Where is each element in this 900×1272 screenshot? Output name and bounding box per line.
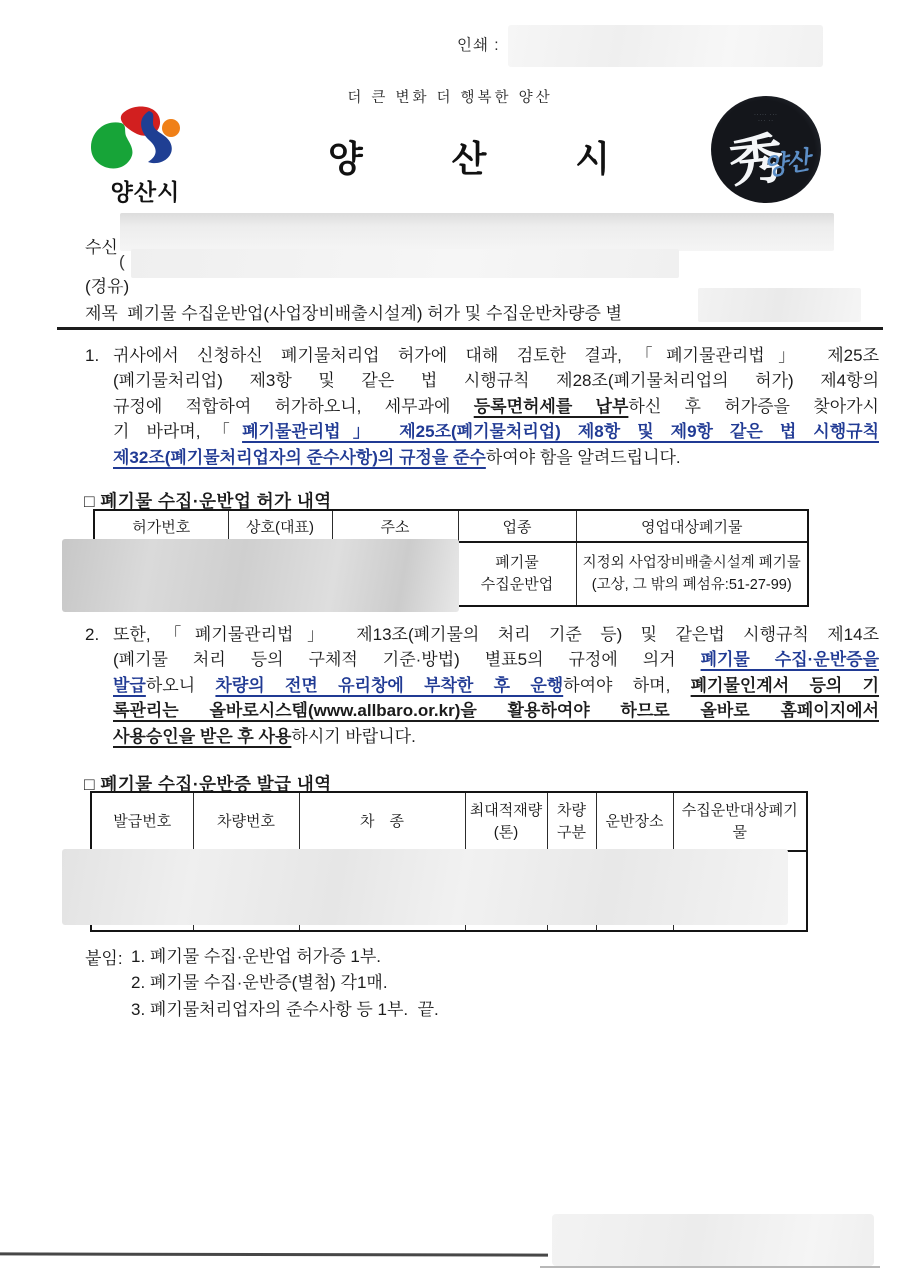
print-label: 인쇄 : [457, 33, 500, 55]
emphasis-run: 폐기물관리법」 제25조(폐기물처리업) 제8항 및 제9항 같은 법 시행규칙 [242, 422, 879, 441]
text-run: 또한,「폐기물관리법」 제13조(폐기물의 처리 기준 등) 및 같은법 시행규… [113, 625, 879, 644]
col-target-waste: 영업대상폐기물 [576, 510, 808, 542]
col-biz-type: 업종 [458, 510, 576, 542]
scan-artifact-line [540, 1266, 880, 1268]
col-collect-target: 수집운반대상폐기 물 [673, 792, 807, 851]
text-run: 하여야 하며, [563, 676, 690, 695]
attachment-list: 1. 폐기물 수집·운반업 허가증 1부. 2. 폐기물 수집·운반증(별첨) … [131, 944, 439, 1023]
col-vehicle-no: 차량번호 [193, 792, 299, 851]
text-run: 하오니 [146, 676, 216, 695]
header-divider [57, 327, 883, 330]
attachment-item: 3. 폐기물처리업자의 준수사항 등 1부. 끝. [131, 997, 439, 1023]
emphasis-run: 록관리는 올바로시스템(www.allbaro.or.kr)을 활용하여야 하므… [113, 701, 879, 720]
emphasis-run: 폐기물인계서 등의 기 [691, 676, 879, 695]
scan-artifact-line [0, 1252, 548, 1256]
list-number: 2. [85, 622, 99, 647]
cell-target-waste: 지정외 사업장비배출시설계 폐기물 (고상, 그 밖의 폐섬유:51-27-99… [576, 542, 808, 606]
recipient-label: 수신 [85, 233, 118, 258]
redacted-footer-region [552, 1214, 874, 1266]
emphasis-run: 폐기물 수집·운반증을 [701, 650, 879, 669]
body-paragraph-1: 1. 귀사에서 신청하신 폐기물처리업 허가에 대해 검토한 결과,「폐기물관리… [113, 343, 879, 470]
text-run: 귀사에서 신청하신 폐기물처리업 허가에 대해 검토한 결과,「폐기물관리법」 … [113, 346, 879, 365]
text-run: 하여야 함을 알려드립니다. [486, 448, 681, 467]
text-run: (폐기물처리업) 제3항 및 같은 법 시행규칙 제28조(폐기물처리업의 허가… [113, 371, 879, 390]
body-line: 기 바라며,「폐기물관리법」 제25조(폐기물처리업) 제8항 및 제9항 같은… [113, 419, 879, 444]
body-line: 록관리는 올바로시스템(www.allbaro.or.kr)을 활용하여야 하므… [113, 698, 879, 723]
text-run: (폐기물 처리 등의 구체적 기준·방법) 별표5의 규정에 의거 [113, 650, 701, 669]
emphasis-run: 제32조(폐기물처리업자의 준수사항)의 규정을 준수 [113, 448, 486, 467]
col-vehicle-model: 차 종 [299, 792, 465, 851]
title-char: 시 [575, 131, 610, 182]
body-line: 또한,「폐기물관리법」 제13조(폐기물의 처리 기준 등) 및 같은법 시행규… [113, 622, 879, 647]
body-line: 규정에 적합하여 허가하오니, 세무과에 등록면허세를 납부하신 후 허가증을 … [113, 394, 879, 419]
seal-hangul-text: 양산 [760, 140, 812, 183]
body-paragraph-2: 2. 또한,「폐기물관리법」 제13조(폐기물의 처리 기준 등) 및 같은법 … [113, 622, 879, 749]
attachment-label: 붙임: [85, 944, 123, 969]
cell-biz-type: 폐기물 수집운반업 [458, 542, 576, 606]
table-header-row: 허가번호 상호(대표) 주소 업종 영업대상폐기물 [94, 510, 808, 542]
redacted-recipient [120, 213, 834, 251]
col-address: 주소 [332, 510, 458, 542]
emphasis-run: 발급 [113, 676, 146, 695]
redacted-table2-cells [62, 849, 788, 925]
body-line: 사용승인을 받은 후 사용하시기 바랍니다. [113, 724, 879, 749]
body-line: (폐기물처리업) 제3항 및 같은 법 시행규칙 제28조(폐기물처리업의 허가… [113, 368, 879, 393]
text-run: 하신 후 허가증을 찾아가시 [628, 397, 879, 416]
redacted-print-info [508, 25, 823, 67]
text-run: 하시기 바랍니다. [291, 727, 415, 746]
emphasis-run: 차량의 전면 유리창에 부착한 후 운행 [215, 676, 563, 695]
city-seal-stamp: ····· ······ ·· 秀 양산 [711, 96, 821, 203]
emphasis-run: 등록면허세를 납부 [474, 397, 629, 416]
body-line: 제32조(폐기물처리업자의 준수사항)의 규정을 준수하여야 함을 알려드립니다… [113, 445, 879, 470]
document-title: 양 산 시 [328, 131, 610, 182]
city-logo-icon [85, 101, 207, 171]
redacted-table1-cells [62, 539, 459, 612]
subject-line: 제목 폐기물 수집운반업(사업장비배출시설계) 허가 및 수집운반차량증 별 [85, 299, 622, 324]
redacted-subject-end [698, 288, 861, 322]
body-line: 발급하오니 차량의 전면 유리창에 부착한 후 운행하여야 하며, 폐기물인계서… [113, 673, 879, 698]
list-number: 1. [85, 343, 99, 368]
col-max-load: 최대적재량 (톤) [465, 792, 547, 851]
table-header-row: 발급번호 차량번호 차 종 최대적재량 (톤) 차량 구분 운반장소 수집운반대… [91, 792, 807, 851]
title-char: 양 [328, 131, 363, 182]
col-issue-no: 발급번호 [91, 792, 193, 851]
redacted-recipient-detail [131, 249, 679, 278]
title-char: 산 [452, 131, 487, 182]
col-vehicle-class: 차량 구분 [547, 792, 596, 851]
body-line: (폐기물 처리 등의 구체적 기준·방법) 별표5의 규정에 의거 폐기물 수집… [113, 647, 879, 672]
city-logo-caption: 양산시 [83, 174, 208, 207]
recipient-line2-prefix: ( [119, 252, 125, 272]
body-line: 귀사에서 신청하신 폐기물처리업 허가에 대해 검토한 결과,「폐기물관리법」 … [113, 343, 879, 368]
via-label: (경유) [85, 272, 129, 297]
col-company: 상호(대표) [228, 510, 332, 542]
emphasis-run: 사용승인을 받은 후 사용 [113, 727, 291, 746]
city-logo: 양산시 [83, 101, 208, 207]
text-run: 규정에 적합하여 허가하오니, 세무과에 [113, 397, 474, 416]
attachment-item: 2. 폐기물 수집·운반증(별첨) 각1매. [131, 970, 439, 996]
text-run: 기 바라며,「 [113, 422, 242, 441]
attachment-item: 1. 폐기물 수집·운반업 허가증 1부. [131, 944, 439, 970]
col-permit-no: 허가번호 [94, 510, 228, 542]
col-transport-place: 운반장소 [596, 792, 673, 851]
